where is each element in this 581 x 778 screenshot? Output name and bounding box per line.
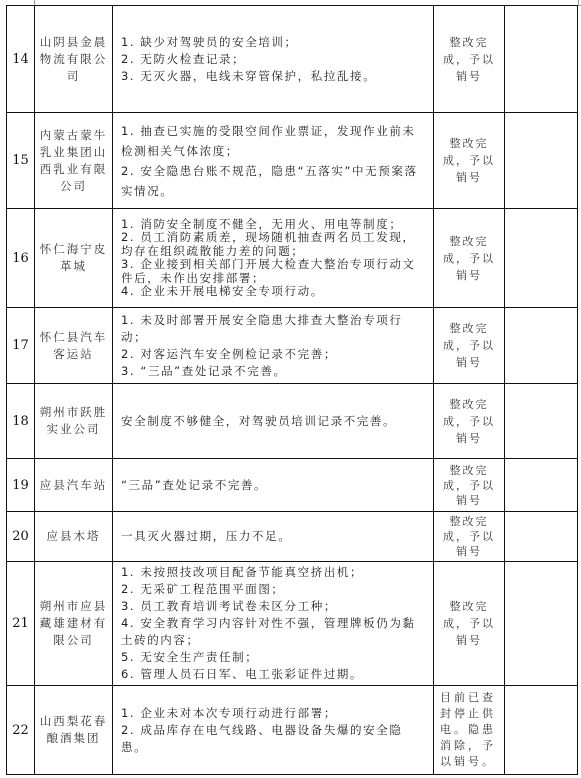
- rectification-status: 整改完成，予以销号: [434, 308, 505, 384]
- table-row: 20 应县木塔 一具灭火器过期，压力不足。 整改完成，予以销号: [7, 512, 578, 562]
- row-number: 20: [7, 512, 35, 562]
- rectification-status: 整改完成，予以销号: [434, 113, 505, 209]
- rectification-status: 整改完成，予以销号: [434, 562, 505, 686]
- issue-item: 1. 缺少对驾驶员的安全培训；: [121, 34, 427, 51]
- issue-item: 2. 成品库存在电气线路、电器设备失爆的安全隐患。: [121, 722, 427, 756]
- rectification-status: 整改完成，予以销号: [434, 512, 505, 562]
- company-name: 朔州市应县藏雄建材有限公司: [35, 562, 113, 686]
- issue-item: 2. 对客运汽车安全例检记录不完善；: [121, 346, 427, 363]
- issue-item: 1. 消防安全制度不健全，无用火、用电等制度；: [121, 218, 427, 232]
- remark-cell: [505, 512, 578, 562]
- table-row: 19 应县汽车站 “三品”查处记录不完善。 整改完成，予以销号: [7, 459, 578, 512]
- issue-item: 2. 员工消防素质差，现场随机抽查两名员工发现，均存在组织疏散能力差的问题；: [121, 231, 427, 258]
- remark-cell: [505, 209, 578, 308]
- issue-item: 安全制度不够健全，对驾驶员培训记录不完善。: [121, 413, 427, 430]
- issue-item: 2. 无防火检查记录；: [121, 51, 427, 68]
- issues-cell: 1. 抽查已实施的受限空间作业票证，发现作业前未检测相关气体浓度； 2. 安全隐…: [113, 113, 434, 209]
- issue-item: 2. 无采矿工程范围平面图；: [121, 581, 427, 598]
- issues-cell: 1. 未按照技改项目配备节能真空挤出机； 2. 无采矿工程范围平面图； 3. 员…: [113, 562, 434, 686]
- issue-item: 3. “三品”查处记录不完善。: [121, 363, 427, 380]
- row-number: 19: [7, 459, 35, 512]
- issue-item: 4. 安全教育学习内容针对性不强，管理牌板仍为黏土砖的内容；: [121, 615, 427, 649]
- remark-cell: [505, 686, 578, 775]
- issue-item: 4. 企业未开展电梯安全专项行动。: [121, 285, 427, 299]
- table-row: 22 山西梨花春酿酒集团 1. 企业未对本次专项行动进行部署； 2. 成品库存在…: [7, 686, 578, 775]
- rectification-status: 整改完成，予以销号: [434, 384, 505, 459]
- issue-item: 2. 安全隐患台账不规范，隐患“五落实”中无预案落实情况。: [121, 161, 427, 201]
- table-row: 16 怀仁海宁皮革城 1. 消防安全制度不健全，无用火、用电等制度； 2. 员工…: [7, 209, 578, 308]
- issue-item: 1. 抽查已实施的受限空间作业票证，发现作业前未检测相关气体浓度；: [121, 121, 427, 161]
- rectification-status: 整改完成，予以销号: [434, 459, 505, 512]
- rectification-status: 整改完成，予以销号: [434, 6, 505, 113]
- company-name: 山阴县金晨物流有限公司: [35, 6, 113, 113]
- row-number: 21: [7, 562, 35, 686]
- issues-cell: 一具灭火器过期，压力不足。: [113, 512, 434, 562]
- table-body: 14 山阴县金晨物流有限公司 1. 缺少对驾驶员的安全培训； 2. 无防火检查记…: [7, 6, 578, 775]
- row-number: 16: [7, 209, 35, 308]
- table-row: 15 内蒙古蒙牛乳业集团山西乳业有限公司 1. 抽查已实施的受限空间作业票证，发…: [7, 113, 578, 209]
- company-name: 怀仁县汽车客运站: [35, 308, 113, 384]
- table-row: 21 朔州市应县藏雄建材有限公司 1. 未按照技改项目配备节能真空挤出机； 2.…: [7, 562, 578, 686]
- issues-cell: 安全制度不够健全，对驾驶员培训记录不完善。: [113, 384, 434, 459]
- issues-cell: 1. 企业未对本次专项行动进行部署； 2. 成品库存在电气线路、电器设备失爆的安…: [113, 686, 434, 775]
- remark-cell: [505, 384, 578, 459]
- issue-item: 3. 无灭火器，电线未穿管保护，私拉乱接。: [121, 68, 427, 85]
- table-row: 14 山阴县金晨物流有限公司 1. 缺少对驾驶员的安全培训； 2. 无防火检查记…: [7, 6, 578, 113]
- rectification-status: 整改完成，予以销号: [434, 209, 505, 308]
- issues-cell: 1. 缺少对驾驶员的安全培训； 2. 无防火检查记录； 3. 无灭火器，电线未穿…: [113, 6, 434, 113]
- remark-cell: [505, 113, 578, 209]
- row-number: 17: [7, 308, 35, 384]
- company-name: 应县木塔: [35, 512, 113, 562]
- remark-cell: [505, 6, 578, 113]
- company-name: 内蒙古蒙牛乳业集团山西乳业有限公司: [35, 113, 113, 209]
- issue-item: 1. 企业未对本次专项行动进行部署；: [121, 705, 427, 722]
- remark-cell: [505, 562, 578, 686]
- issues-cell: 1. 消防安全制度不健全，无用火、用电等制度； 2. 员工消防素质差，现场随机抽…: [113, 209, 434, 308]
- issue-item: 3. 企业接到相关部门开展大检查大整治专项行动文件后，未作出安排部署；: [121, 258, 427, 285]
- issues-cell: “三品”查处记录不完善。: [113, 459, 434, 512]
- remark-cell: [505, 459, 578, 512]
- issue-item: 1. 未按照技改项目配备节能真空挤出机；: [121, 564, 427, 581]
- issues-cell: 1. 未及时部署开展安全隐患大排查大整治专项行动； 2. 对客运汽车安全例检记录…: [113, 308, 434, 384]
- issue-item: 一具灭火器过期，压力不足。: [121, 528, 427, 545]
- issue-item: 1. 未及时部署开展安全隐患大排查大整治专项行动；: [121, 312, 427, 346]
- issue-item: 6. 管理人员石日军、电工张彩证件过期。: [121, 666, 427, 683]
- issue-item: 3. 员工教育培训考试卷未区分工种；: [121, 598, 427, 615]
- rectification-status: 目前已查封停止供电。隐患消除，予以销号。: [434, 686, 505, 775]
- table-row: 17 怀仁县汽车客运站 1. 未及时部署开展安全隐患大排查大整治专项行动； 2.…: [7, 308, 578, 384]
- issue-item: “三品”查处记录不完善。: [121, 477, 427, 494]
- remark-cell: [505, 308, 578, 384]
- row-number: 18: [7, 384, 35, 459]
- company-name: 怀仁海宁皮革城: [35, 209, 113, 308]
- table-row: 18 朔州市跃胜实业公司 安全制度不够健全，对驾驶员培训记录不完善。 整改完成，…: [7, 384, 578, 459]
- inspection-results-table: 14 山阴县金晨物流有限公司 1. 缺少对驾驶员的安全培训； 2. 无防火检查记…: [6, 5, 578, 775]
- company-name: 朔州市跃胜实业公司: [35, 384, 113, 459]
- company-name: 应县汽车站: [35, 459, 113, 512]
- row-number: 14: [7, 6, 35, 113]
- issue-item: 5. 无安全生产责任制；: [121, 649, 427, 666]
- company-name: 山西梨花春酿酒集团: [35, 686, 113, 775]
- row-number: 15: [7, 113, 35, 209]
- row-number: 22: [7, 686, 35, 775]
